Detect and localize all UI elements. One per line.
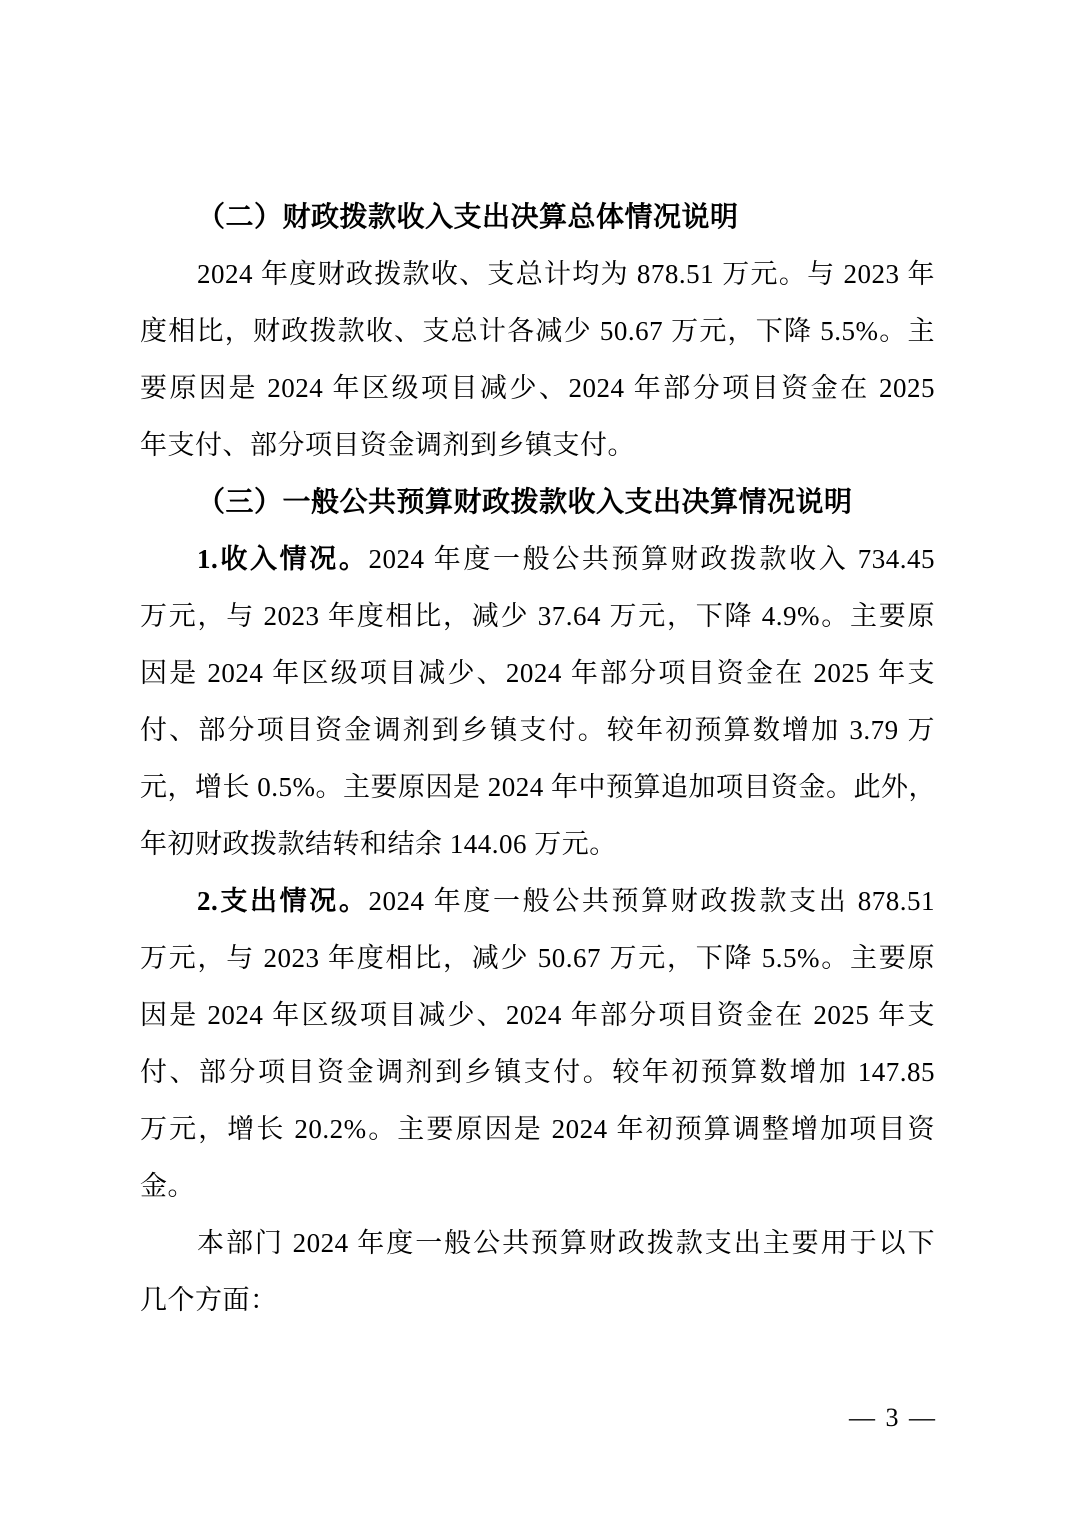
paragraph-line: 万元，与 2023 年度相比，减少 37.64 万元，下降 4.9%。主要原 (140, 588, 935, 645)
section-heading-2: （二）财政拨款收入支出决算总体情况说明 (140, 189, 935, 246)
paragraph-line: 万元，增长 20.2%。主要原因是 2024 年初预算调整增加项目资 (140, 1101, 935, 1158)
paragraph-line: 要原因是 2024 年区级项目减少、2024 年部分项目资金在 2025 (140, 360, 935, 417)
paragraph-line: 付、部分项目资金调剂到乡镇支付。较年初预算数增加 3.79 万 (140, 702, 935, 759)
paragraph-line: 度相比，财政拨款收、支总计各减少 50.67 万元，下降 5.5%。主 (140, 303, 935, 360)
paragraph-line-text: 2024 年度一般公共预算财政拨款支出 878.51 (368, 886, 935, 916)
paragraph-line: 几个方面： (140, 1272, 935, 1329)
page-number: — 3 — (849, 1403, 937, 1433)
paragraph-line: 年支付、部分项目资金调剂到乡镇支付。 (140, 417, 935, 474)
document-page: （二）财政拨款收入支出决算总体情况说明 2024 年度财政拨款收、支总计均为 8… (0, 0, 1075, 1520)
paragraph-line: 万元，与 2023 年度相比，减少 50.67 万元，下降 5.5%。主要原 (140, 930, 935, 987)
paragraph-line: 金。 (140, 1158, 935, 1215)
paragraph-line: 付、部分项目资金调剂到乡镇支付。较年初预算数增加 147.85 (140, 1044, 935, 1101)
paragraph-line: 因是 2024 年区级项目减少、2024 年部分项目资金在 2025 年支 (140, 645, 935, 702)
numbered-item-lead: 2.支出情况。 (197, 886, 368, 916)
paragraph-line-text: 2024 年度一般公共预算财政拨款收入 734.45 (368, 544, 935, 574)
paragraph-line: 因是 2024 年区级项目减少、2024 年部分项目资金在 2025 年支 (140, 987, 935, 1044)
paragraph-line: 本部门 2024 年度一般公共预算财政拨款支出主要用于以下 (140, 1215, 935, 1272)
paragraph-line: 2.支出情况。2024 年度一般公共预算财政拨款支出 878.51 (140, 873, 935, 930)
document-content: （二）财政拨款收入支出决算总体情况说明 2024 年度财政拨款收、支总计均为 8… (140, 189, 935, 1329)
section-heading-3: （三）一般公共预算财政拨款收入支出决算情况说明 (140, 474, 935, 531)
paragraph-line: 元，增长 0.5%。主要原因是 2024 年中预算追加项目资金。此外， (140, 759, 935, 816)
paragraph-line: 年初财政拨款结转和结余 144.06 万元。 (140, 816, 935, 873)
numbered-item-lead: 1.收入情况。 (197, 544, 368, 574)
paragraph-line: 1.收入情况。2024 年度一般公共预算财政拨款收入 734.45 (140, 531, 935, 588)
paragraph-line: 2024 年度财政拨款收、支总计均为 878.51 万元。与 2023 年 (140, 246, 935, 303)
